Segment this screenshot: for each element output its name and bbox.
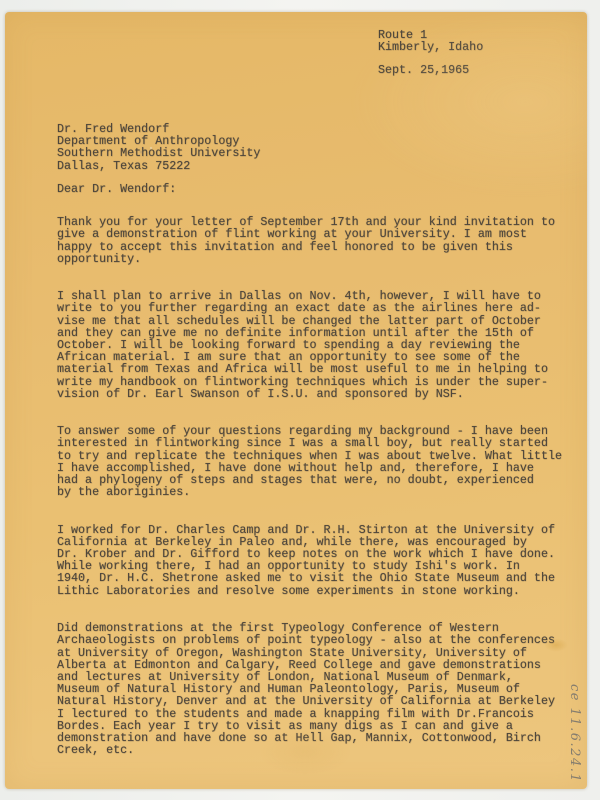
- scanned-letter-page: Route 1 Kimberly, Idaho Sept. 25,1965 Dr…: [0, 0, 600, 800]
- letter-body: Thank you for your letter of September 1…: [57, 204, 581, 782]
- recipient-address: Dr. Fred Wendorf Department of Anthropol…: [57, 123, 260, 172]
- letter-paragraph-5: Did demonstrations at the first Typeolog…: [57, 622, 581, 756]
- handwritten-catalog-annotation: ce 11.6.24.1: [567, 684, 582, 783]
- salutation: Dear Dr. Wendorf:: [57, 183, 176, 195]
- letter-paragraph-3: To answer some of your questions regardi…: [57, 425, 581, 498]
- letter-date: Sept. 25,1965: [378, 64, 469, 76]
- margin-annotation-area: ce 11.6.24.1: [568, 684, 584, 780]
- sender-address: Route 1 Kimberly, Idaho: [378, 29, 483, 53]
- letter-paragraph-1: Thank you for your letter of September 1…: [57, 216, 581, 265]
- letter-paragraph-4: I worked for Dr. Charles Camp and Dr. R.…: [57, 524, 581, 597]
- letter-paragraph-2: I shall plan to arrive in Dallas on Nov.…: [57, 290, 581, 400]
- letter-paper: Route 1 Kimberly, Idaho Sept. 25,1965 Dr…: [5, 12, 587, 789]
